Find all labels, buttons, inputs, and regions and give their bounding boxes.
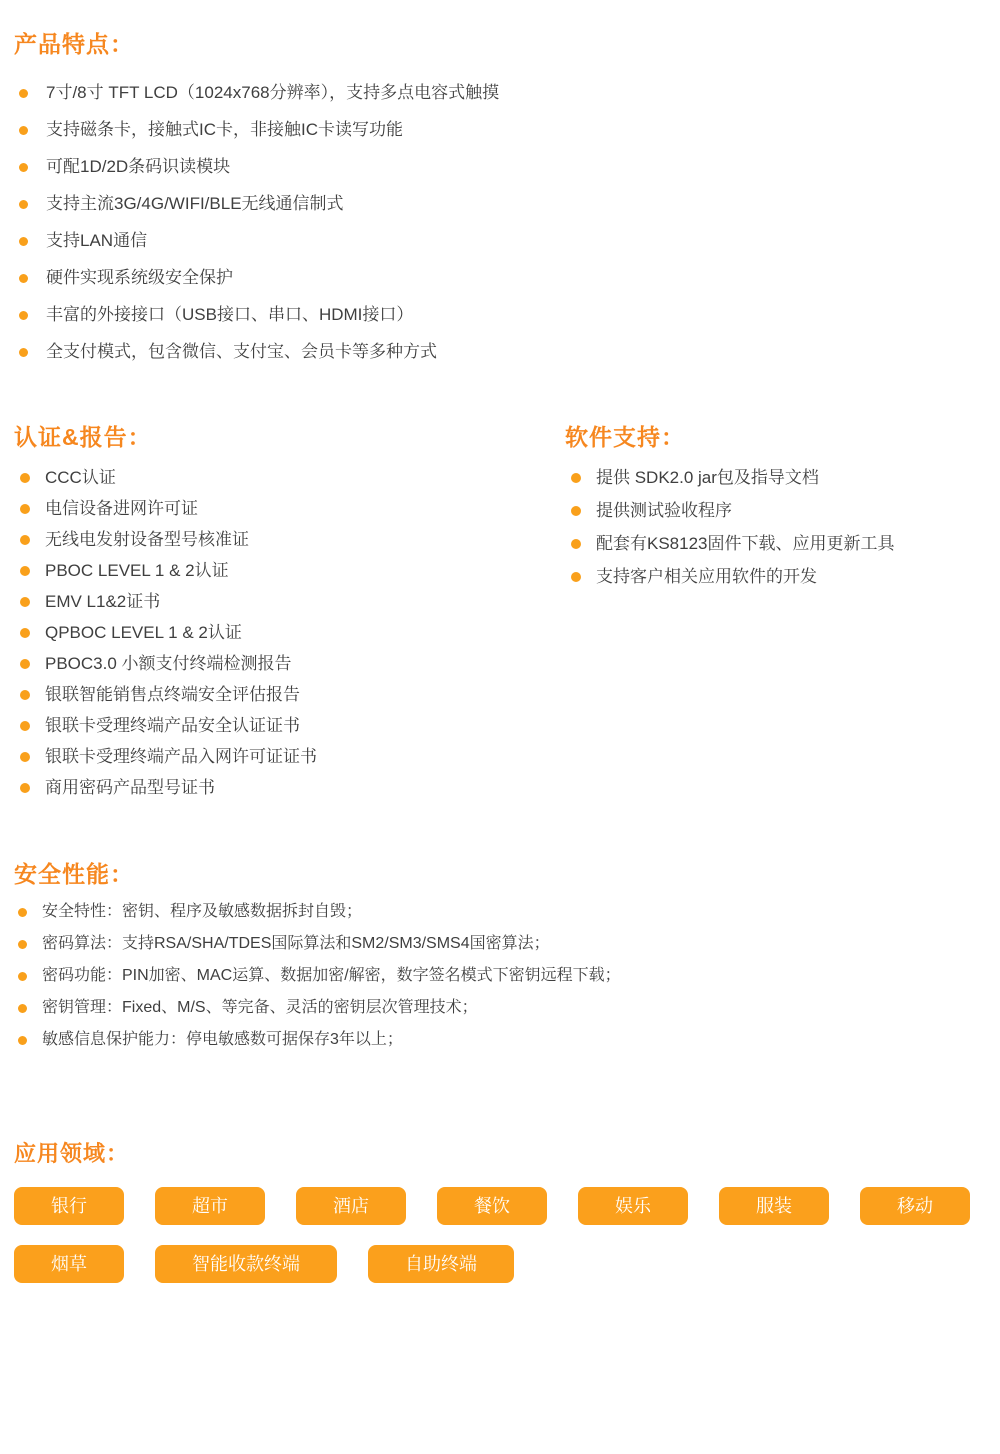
list-item: 密钥管理：Fixed、M/S、等完备、灵活的密钥层次管理技术； (14, 998, 980, 1018)
certifications-title: 认证&报告： (14, 423, 565, 451)
certification-text: PBOC3.0 小额支付终端检测报告 (45, 653, 292, 674)
bullet-icon (20, 690, 30, 700)
bullet-icon (20, 752, 30, 762)
app-tag-entertainment[interactable]: 娱乐 (578, 1187, 688, 1225)
certifications-list: CCC认证 电信设备进网许可证 无线电发射设备型号核准证 PBOC LEVEL … (14, 467, 565, 798)
list-item: 丰富的外接接口（USB接口、串口、HDMI接口） (14, 304, 980, 326)
certification-text: CCC认证 (45, 467, 116, 488)
certification-text: 电信设备进网许可证 (45, 498, 198, 519)
certification-text: EMV L1&2证书 (45, 591, 160, 612)
bullet-icon (19, 348, 28, 357)
list-item: 敏感信息保护能力：停电敏感数可据保存3年以上； (14, 1030, 980, 1050)
app-tag-self-service-terminal[interactable]: 自助终端 (368, 1245, 514, 1283)
bullet-icon (571, 473, 581, 483)
bullet-icon (571, 572, 581, 582)
section-security: 安全性能： 安全特性：密钥、程序及敏感数据拆封自毁； 密码算法：支持RSA/SH… (14, 860, 980, 1050)
app-tag-mobile[interactable]: 移动 (860, 1187, 970, 1225)
two-column-area: 认证&报告： CCC认证 电信设备进网许可证 无线电发射设备型号核准证 PBOC… (14, 423, 980, 808)
bullet-icon (20, 783, 30, 793)
list-item: 安全特性：密钥、程序及敏感数据拆封自毁； (14, 902, 980, 922)
list-item: 支持主流3G/4G/WIFI/BLE无线通信制式 (14, 193, 980, 215)
security-text: 敏感信息保护能力：停电敏感数可据保存3年以上； (42, 1030, 403, 1050)
bullet-icon (19, 126, 28, 135)
list-item: 密码功能：PIN加密、MAC运算、数据加密/解密，数字签名模式下密钥远程下载； (14, 966, 980, 986)
list-item: CCC认证 (14, 467, 565, 488)
list-item: 银联卡受理终端产品安全认证证书 (14, 715, 565, 736)
list-item: 银联智能销售点终端安全评估报告 (14, 684, 565, 705)
bullet-icon (18, 1036, 27, 1045)
app-tag-smart-payment-terminal[interactable]: 智能收款终端 (155, 1245, 337, 1283)
feature-text: 丰富的外接接口（USB接口、串口、HDMI接口） (46, 304, 413, 326)
app-tag-hotel[interactable]: 酒店 (296, 1187, 406, 1225)
certification-text: 商用密码产品型号证书 (45, 777, 215, 798)
bullet-icon (19, 89, 28, 98)
certification-text: 无线电发射设备型号核准证 (45, 529, 249, 550)
software-title: 软件支持： (565, 423, 980, 451)
software-text: 配套有KS8123固件下载、应用更新工具 (596, 533, 895, 554)
bullet-icon (19, 311, 28, 320)
list-item: EMV L1&2证书 (14, 591, 565, 612)
security-list: 安全特性：密钥、程序及敏感数据拆封自毁； 密码算法：支持RSA/SHA/TDES… (14, 902, 980, 1050)
section-features: 产品特点： 7寸/8寸 TFT LCD（1024x768分辨率），支持多点电容式… (14, 30, 980, 363)
bullet-icon (18, 908, 27, 917)
feature-text: 硬件实现系统级安全保护 (46, 267, 233, 289)
bullet-icon (571, 506, 581, 516)
bullet-icon (18, 972, 27, 981)
application-tags-row-1: 银行 超市 酒店 餐饮 娱乐 服装 移动 (14, 1187, 980, 1225)
feature-text: 支持主流3G/4G/WIFI/BLE无线通信制式 (46, 193, 344, 215)
software-text: 支持客户相关应用软件的开发 (596, 566, 817, 587)
list-item: 无线电发射设备型号核准证 (14, 529, 565, 550)
applications-title: 应用领域： (14, 1140, 980, 1168)
certification-text: QPBOC LEVEL 1 & 2认证 (45, 622, 242, 643)
list-item: 支持磁条卡，接触式IC卡，非接触IC卡读写功能 (14, 119, 980, 141)
certification-text: 银联卡受理终端产品入网许可证证书 (45, 746, 317, 767)
security-text: 密码功能：PIN加密、MAC运算、数据加密/解密，数字签名模式下密钥远程下载； (42, 966, 621, 986)
bullet-icon (20, 504, 30, 514)
bullet-icon (571, 539, 581, 549)
list-item: 7寸/8寸 TFT LCD（1024x768分辨率），支持多点电容式触摸 (14, 82, 980, 104)
bullet-icon (20, 566, 30, 576)
feature-text: 支持LAN通信 (46, 230, 147, 252)
bullet-icon (19, 163, 28, 172)
list-item: PBOC3.0 小额支付终端检测报告 (14, 653, 565, 674)
software-text: 提供 SDK2.0 jar包及指导文档 (596, 467, 819, 488)
section-certifications: 认证&报告： CCC认证 电信设备进网许可证 无线电发射设备型号核准证 PBOC… (14, 423, 565, 808)
list-item: 电信设备进网许可证 (14, 498, 565, 519)
application-tags-row-2: 烟草 智能收款终端 自助终端 (14, 1245, 980, 1283)
list-item: 支持LAN通信 (14, 230, 980, 252)
bullet-icon (20, 597, 30, 607)
features-list: 7寸/8寸 TFT LCD（1024x768分辨率），支持多点电容式触摸 支持磁… (14, 82, 980, 363)
app-tag-supermarket[interactable]: 超市 (155, 1187, 265, 1225)
list-item: 提供 SDK2.0 jar包及指导文档 (565, 467, 980, 488)
app-tag-catering[interactable]: 餐饮 (437, 1187, 547, 1225)
software-list: 提供 SDK2.0 jar包及指导文档 提供测试验收程序 配套有KS8123固件… (565, 467, 980, 587)
bullet-icon (20, 473, 30, 483)
certification-text: PBOC LEVEL 1 & 2认证 (45, 560, 229, 581)
features-title: 产品特点： (14, 30, 980, 58)
app-tag-tobacco[interactable]: 烟草 (14, 1245, 124, 1283)
bullet-icon (20, 628, 30, 638)
certification-text: 银联智能销售点终端安全评估报告 (45, 684, 300, 705)
list-item: PBOC LEVEL 1 & 2认证 (14, 560, 565, 581)
feature-text: 7寸/8寸 TFT LCD（1024x768分辨率），支持多点电容式触摸 (46, 82, 499, 104)
security-text: 密码算法：支持RSA/SHA/TDES国际算法和SM2/SM3/SMS4国密算法… (42, 934, 550, 954)
bullet-icon (18, 1004, 27, 1013)
feature-text: 全支付模式，包含微信、支付宝、会员卡等多种方式 (46, 341, 437, 363)
list-item: 密码算法：支持RSA/SHA/TDES国际算法和SM2/SM3/SMS4国密算法… (14, 934, 980, 954)
list-item: 全支付模式，包含微信、支付宝、会员卡等多种方式 (14, 341, 980, 363)
software-text: 提供测试验收程序 (596, 500, 732, 521)
bullet-icon (20, 535, 30, 545)
list-item: 支持客户相关应用软件的开发 (565, 566, 980, 587)
feature-text: 支持磁条卡，接触式IC卡，非接触IC卡读写功能 (46, 119, 403, 141)
security-title: 安全性能： (14, 860, 980, 888)
product-spec-page: 产品特点： 7寸/8寸 TFT LCD（1024x768分辨率），支持多点电容式… (0, 0, 1000, 1454)
app-tag-bank[interactable]: 银行 (14, 1187, 124, 1225)
certification-text: 银联卡受理终端产品安全认证证书 (45, 715, 300, 736)
list-item: 银联卡受理终端产品入网许可证证书 (14, 746, 565, 767)
bullet-icon (19, 274, 28, 283)
feature-text: 可配1D/2D条码识读模块 (46, 156, 230, 178)
bullet-icon (20, 659, 30, 669)
list-item: 硬件实现系统级安全保护 (14, 267, 980, 289)
bullet-icon (20, 721, 30, 731)
list-item: QPBOC LEVEL 1 & 2认证 (14, 622, 565, 643)
list-item: 配套有KS8123固件下载、应用更新工具 (565, 533, 980, 554)
list-item: 可配1D/2D条码识读模块 (14, 156, 980, 178)
bullet-icon (19, 237, 28, 246)
bullet-icon (19, 200, 28, 209)
bullet-icon (18, 940, 27, 949)
section-applications: 应用领域： 银行 超市 酒店 餐饮 娱乐 服装 移动 烟草 智能收款终端 自助终… (14, 1140, 980, 1283)
section-software: 软件支持： 提供 SDK2.0 jar包及指导文档 提供测试验收程序 配套有KS… (565, 423, 980, 808)
list-item: 商用密码产品型号证书 (14, 777, 565, 798)
security-text: 安全特性：密钥、程序及敏感数据拆封自毁； (42, 902, 362, 922)
app-tag-clothing[interactable]: 服装 (719, 1187, 829, 1225)
security-text: 密钥管理：Fixed、M/S、等完备、灵活的密钥层次管理技术； (42, 998, 478, 1018)
list-item: 提供测试验收程序 (565, 500, 980, 521)
